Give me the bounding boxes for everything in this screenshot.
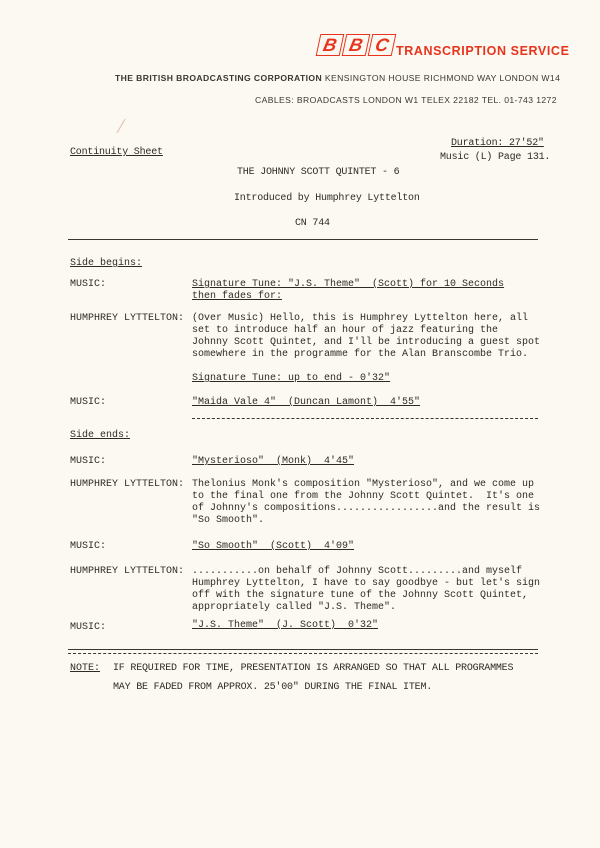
script-line: to the final one from the Johnny Scott Q…	[192, 491, 534, 503]
note-text: MAY BE FADED FROM APPROX. 25'00" DURING …	[113, 682, 432, 693]
address: KENSINGTON HOUSE RICHMOND WAY LONDON W14	[325, 73, 560, 83]
script-line: "So Smooth".	[192, 515, 264, 527]
script-line: ...........on behalf of Johnny Scott....…	[192, 566, 522, 578]
side-ends: Side ends:	[70, 430, 130, 441]
bbc-logo: B B C	[318, 34, 394, 56]
bbc-logo-letter: B	[316, 34, 345, 56]
script-line: "Maida Vale 4" (Duncan Lamont) 4'55"	[192, 397, 420, 409]
divider	[68, 649, 538, 650]
dashed-divider	[192, 418, 538, 419]
introduced-by: Introduced by Humphrey Lyttelton	[234, 193, 420, 204]
duration: Duration: 27'52"	[451, 138, 544, 149]
catalogue-number: CN 744	[295, 218, 330, 229]
script-line: "J.S. Theme" (J. Scott) 0'32"	[192, 620, 378, 632]
script-line: appropriately called "J.S. Theme".	[192, 602, 396, 614]
speaker-label: MUSIC:	[70, 279, 106, 290]
music-reference: Music (L) Page 131.	[440, 152, 550, 163]
speaker-label: HUMPHREY LYTTELTON:	[70, 566, 184, 577]
script-line: then fades for:	[192, 291, 282, 303]
script-line: Johnny Scott Quintet, and I'll be introd…	[192, 337, 540, 349]
script-line: Signature Tune: up to end - 0'32"	[192, 373, 390, 385]
script-line: set to introduce half an hour of jazz fe…	[192, 325, 498, 337]
contact-line: CABLES: BROADCASTS LONDON W1 TELEX 22182…	[255, 95, 557, 105]
bbc-logo-letter: B	[342, 34, 371, 56]
note-label: NOTE:	[70, 663, 100, 674]
note-text: IF REQUIRED FOR TIME, PRESENTATION IS AR…	[113, 663, 513, 674]
speaker-label: MUSIC:	[70, 541, 106, 552]
script-line: "So Smooth" (Scott) 4'09"	[192, 541, 354, 553]
bbc-logo-letter: C	[368, 34, 397, 56]
corporation-name: THE BRITISH BROADCASTING CORPORATION	[115, 73, 322, 83]
sheet-type: Continuity Sheet	[70, 147, 163, 158]
script-line: Humphrey Lyttelton, I have to say goodby…	[192, 578, 540, 590]
divider	[68, 239, 538, 240]
script-line: (Over Music) Hello, this is Humphrey Lyt…	[192, 313, 528, 325]
side-begins: Side begins:	[70, 258, 142, 269]
divider	[68, 653, 538, 654]
script-line: of Johnny's compositions................…	[192, 503, 540, 515]
speaker-label: MUSIC:	[70, 456, 106, 467]
pen-mark	[117, 119, 133, 137]
script-line: "Mysterioso" (Monk) 4'45"	[192, 456, 354, 468]
script-line: off with the signature tune of the Johnn…	[192, 590, 528, 602]
programme-title: THE JOHNNY SCOTT QUINTET - 6	[237, 167, 399, 178]
speaker-label: MUSIC:	[70, 622, 106, 633]
script-line: Signature Tune: "J.S. Theme" (Scott) for…	[192, 279, 504, 291]
speaker-label: HUMPHREY LYTTELTON:	[70, 313, 184, 324]
script-line: Thelonius Monk's composition "Mysterioso…	[192, 479, 534, 491]
speaker-label: MUSIC:	[70, 397, 106, 408]
service-name: TRANSCRIPTION SERVICE	[396, 44, 570, 58]
corporation-address: THE BRITISH BROADCASTING CORPORATION KEN…	[115, 73, 560, 83]
script-line: somewhere in the programme for the Alan …	[192, 349, 528, 361]
speaker-label: HUMPHREY LYTTELTON:	[70, 479, 184, 490]
